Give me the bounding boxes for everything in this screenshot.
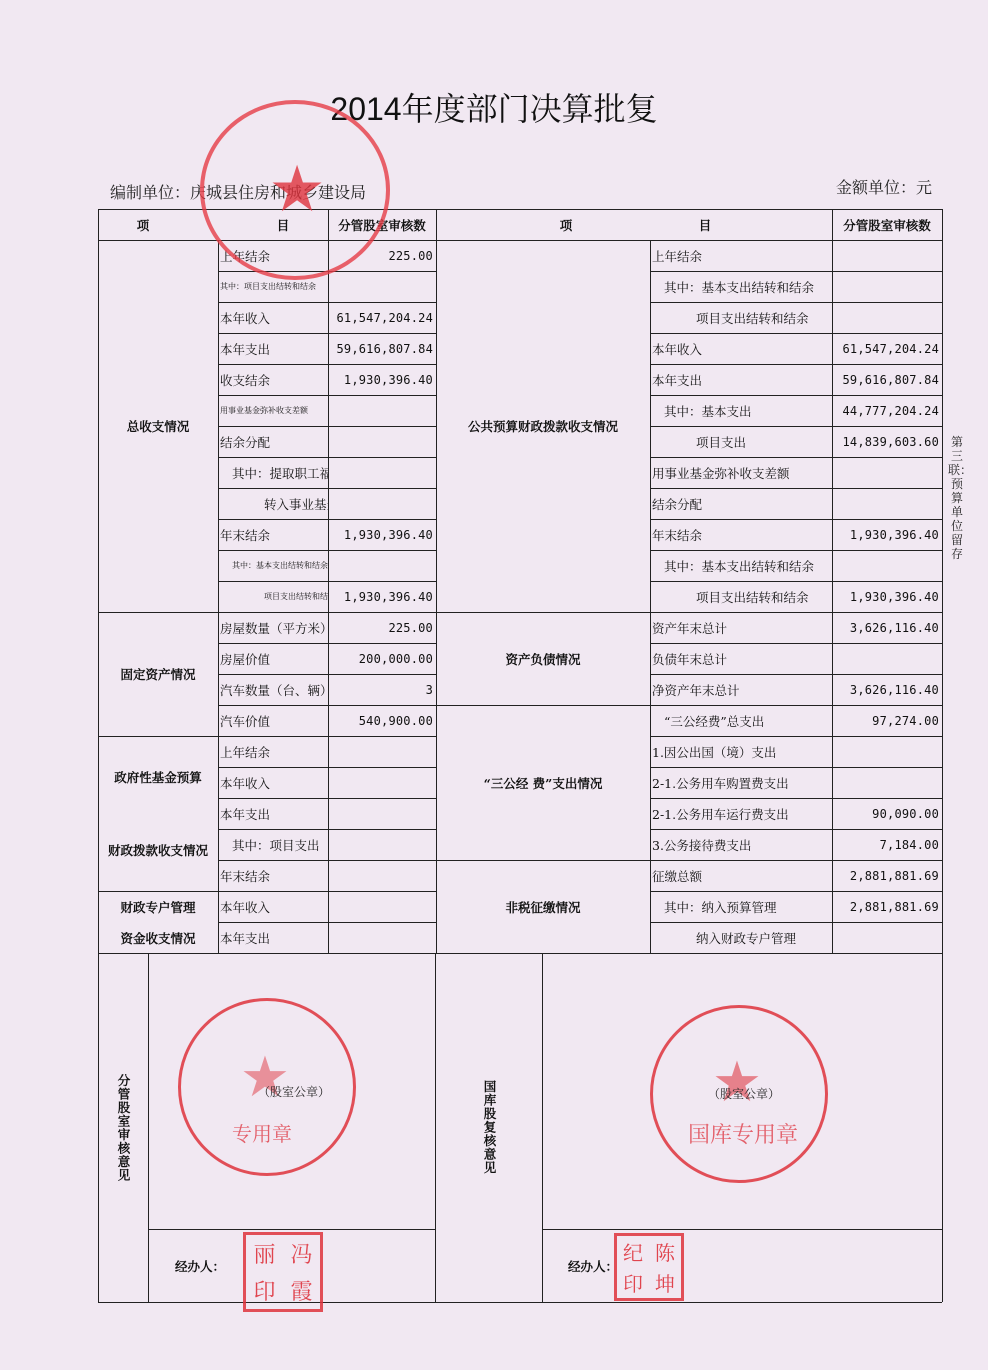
row-label: 年末结余 (650, 519, 832, 550)
header-item: 项 (98, 209, 188, 240)
row-value: 1,930,396.40 (328, 364, 436, 395)
row-label: 负债年末总计 (650, 643, 832, 674)
right-seal-caption: （股室公章） (708, 1085, 780, 1102)
row-value (328, 798, 436, 829)
row-value: 1,930,396.40 (328, 581, 436, 612)
row-value (832, 488, 942, 519)
row-label: 上年结余 (218, 736, 328, 767)
section-category: 财政拨款收支情况 (98, 829, 218, 871)
row-value: 7,184.00 (832, 829, 942, 860)
row-label: 结余分配 (218, 426, 328, 457)
row-label: 其中：基本支出 (650, 395, 832, 426)
row-label: 其中：基本支出结转和结余 (650, 271, 832, 302)
star-icon: ★ (707, 1055, 767, 1111)
row-label: 2-1.公务用车运行费支出 (650, 798, 832, 829)
row-label: 本年收入 (218, 302, 328, 333)
row-label: 征缴总额 (650, 860, 832, 891)
row-label: 其中：纳入预算管理 (650, 891, 832, 922)
row-label: 用事业基金弥补收支差额 (218, 395, 328, 426)
row-value (832, 736, 942, 767)
right-handler-label: 经办人： (566, 1229, 616, 1302)
row-value (832, 643, 942, 674)
document-title: 2014年度部门决算批复 (0, 84, 988, 130)
row-label: 项目支出结转和结余 (218, 581, 328, 612)
row-label: 收支结余 (218, 364, 328, 395)
row-value: 97,274.00 (832, 705, 942, 736)
row-label: 其中：基本支出结转和结余 (650, 550, 832, 581)
row-value: 3,626,116.40 (832, 612, 942, 643)
row-value: 44,777,204.24 (832, 395, 942, 426)
section-category: 公共预算财政拨款收支情况 (436, 240, 650, 612)
row-label: 房屋价值 (218, 643, 328, 674)
row-label: 3.公务接待费支出 (650, 829, 832, 860)
division-review-label: 分管股室审核意见 (98, 953, 148, 1302)
row-label: 用事业基金弥补收支差额 (650, 457, 832, 488)
row-value (832, 240, 942, 271)
right-handler-seal: 陈 纪 坤 印 (614, 1233, 684, 1301)
header-item: 项 (516, 209, 616, 240)
row-label: 本年支出 (650, 364, 832, 395)
row-label: 本年收入 (218, 767, 328, 798)
row-label: 资产年末总计 (650, 612, 832, 643)
row-value (832, 302, 942, 333)
left-seal-caption: （股室公章） (258, 1083, 330, 1100)
row-value (832, 767, 942, 798)
treasury-review-label: 国库股复核意见 (436, 953, 542, 1302)
left-handler-label: 经办人： (173, 1229, 243, 1302)
copy-note: 第三联：预算单位留存 (948, 435, 966, 561)
row-value (328, 922, 436, 953)
row-value: 61,547,204.24 (328, 302, 436, 333)
row-label: 本年收入 (218, 891, 328, 922)
section-category: 非税征缴情况 (436, 860, 650, 953)
row-value (328, 736, 436, 767)
row-value: 59,616,807.84 (328, 333, 436, 364)
row-label: 汽车价值 (218, 705, 328, 736)
row-label: 上年结余 (650, 240, 832, 271)
row-label: 项目支出结转和结余 (650, 581, 832, 612)
row-value (328, 767, 436, 798)
row-value: 3 (328, 674, 436, 705)
row-value (832, 550, 942, 581)
row-value: 540,900.00 (328, 705, 436, 736)
row-value: 90,090.00 (832, 798, 942, 829)
row-label: 房屋数量（平方米） (218, 612, 328, 643)
amount-unit: 金额单位：元 (836, 175, 932, 198)
section-category: 政府性基金预算 (98, 756, 218, 798)
row-value (328, 457, 436, 488)
row-value (328, 550, 436, 581)
row-label: 项目支出 (650, 426, 832, 457)
row-value (328, 829, 436, 860)
row-label: 结余分配 (650, 488, 832, 519)
row-label: “三公经费”总支出 (650, 705, 832, 736)
row-value: 200,000.00 (328, 643, 436, 674)
row-value (328, 488, 436, 519)
section-category: 资金收支情况 (98, 922, 218, 953)
row-label: 本年支出 (218, 922, 328, 953)
row-value: 61,547,204.24 (832, 333, 942, 364)
row-label: 纳入财政专户管理 (650, 922, 832, 953)
section-category: 固定资产情况 (98, 612, 218, 736)
row-value (328, 395, 436, 426)
row-value: 1,930,396.40 (328, 519, 436, 550)
row-value (328, 426, 436, 457)
row-value (328, 860, 436, 891)
row-value: 2,881,881.69 (832, 891, 942, 922)
row-value: 2,881,881.69 (832, 860, 942, 891)
row-value (832, 922, 942, 953)
row-label: 其中：提取职工福利基金 (218, 457, 328, 488)
row-label: 转入事业基金 (218, 488, 328, 519)
row-value: 1,930,396.40 (832, 581, 942, 612)
row-label: 其中：基本支出结转和结余 (218, 550, 328, 581)
row-label: 项目支出结转和结余 (650, 302, 832, 333)
row-label: 2-1.公务用车购置费支出 (650, 767, 832, 798)
row-value: 59,616,807.84 (832, 364, 942, 395)
header-reviewed-amount: 分管股室审核数 (832, 209, 942, 240)
row-value (328, 891, 436, 922)
row-label: 年末结余 (218, 519, 328, 550)
section-category: 财政专户管理 (98, 891, 218, 922)
row-value: 225.00 (328, 612, 436, 643)
row-label: 本年支出 (218, 798, 328, 829)
row-value: 14,839,603.60 (832, 426, 942, 457)
row-label: 净资产年末总计 (650, 674, 832, 705)
row-label: 本年支出 (218, 333, 328, 364)
section-category: 资产负债情况 (436, 612, 650, 705)
row-value (328, 271, 436, 302)
section-category: 总收支情况 (98, 240, 218, 612)
row-label: 1.因公出国（境）支出 (650, 736, 832, 767)
row-label: 汽车数量（台、辆） (218, 674, 328, 705)
row-label: 其中：项目支出 (218, 829, 328, 860)
row-value: 1,930,396.40 (832, 519, 942, 550)
left-handler-seal: 冯 丽 霞 印 (243, 1232, 323, 1312)
section-category: “三公经 费”支出情况 (436, 705, 650, 860)
row-value: 3,626,116.40 (832, 674, 942, 705)
row-value (832, 271, 942, 302)
row-value (832, 457, 942, 488)
row-label: 年末结余 (218, 860, 328, 891)
header-item: 目 (670, 209, 740, 240)
star-icon: ★ (262, 158, 332, 222)
row-label: 本年收入 (650, 333, 832, 364)
